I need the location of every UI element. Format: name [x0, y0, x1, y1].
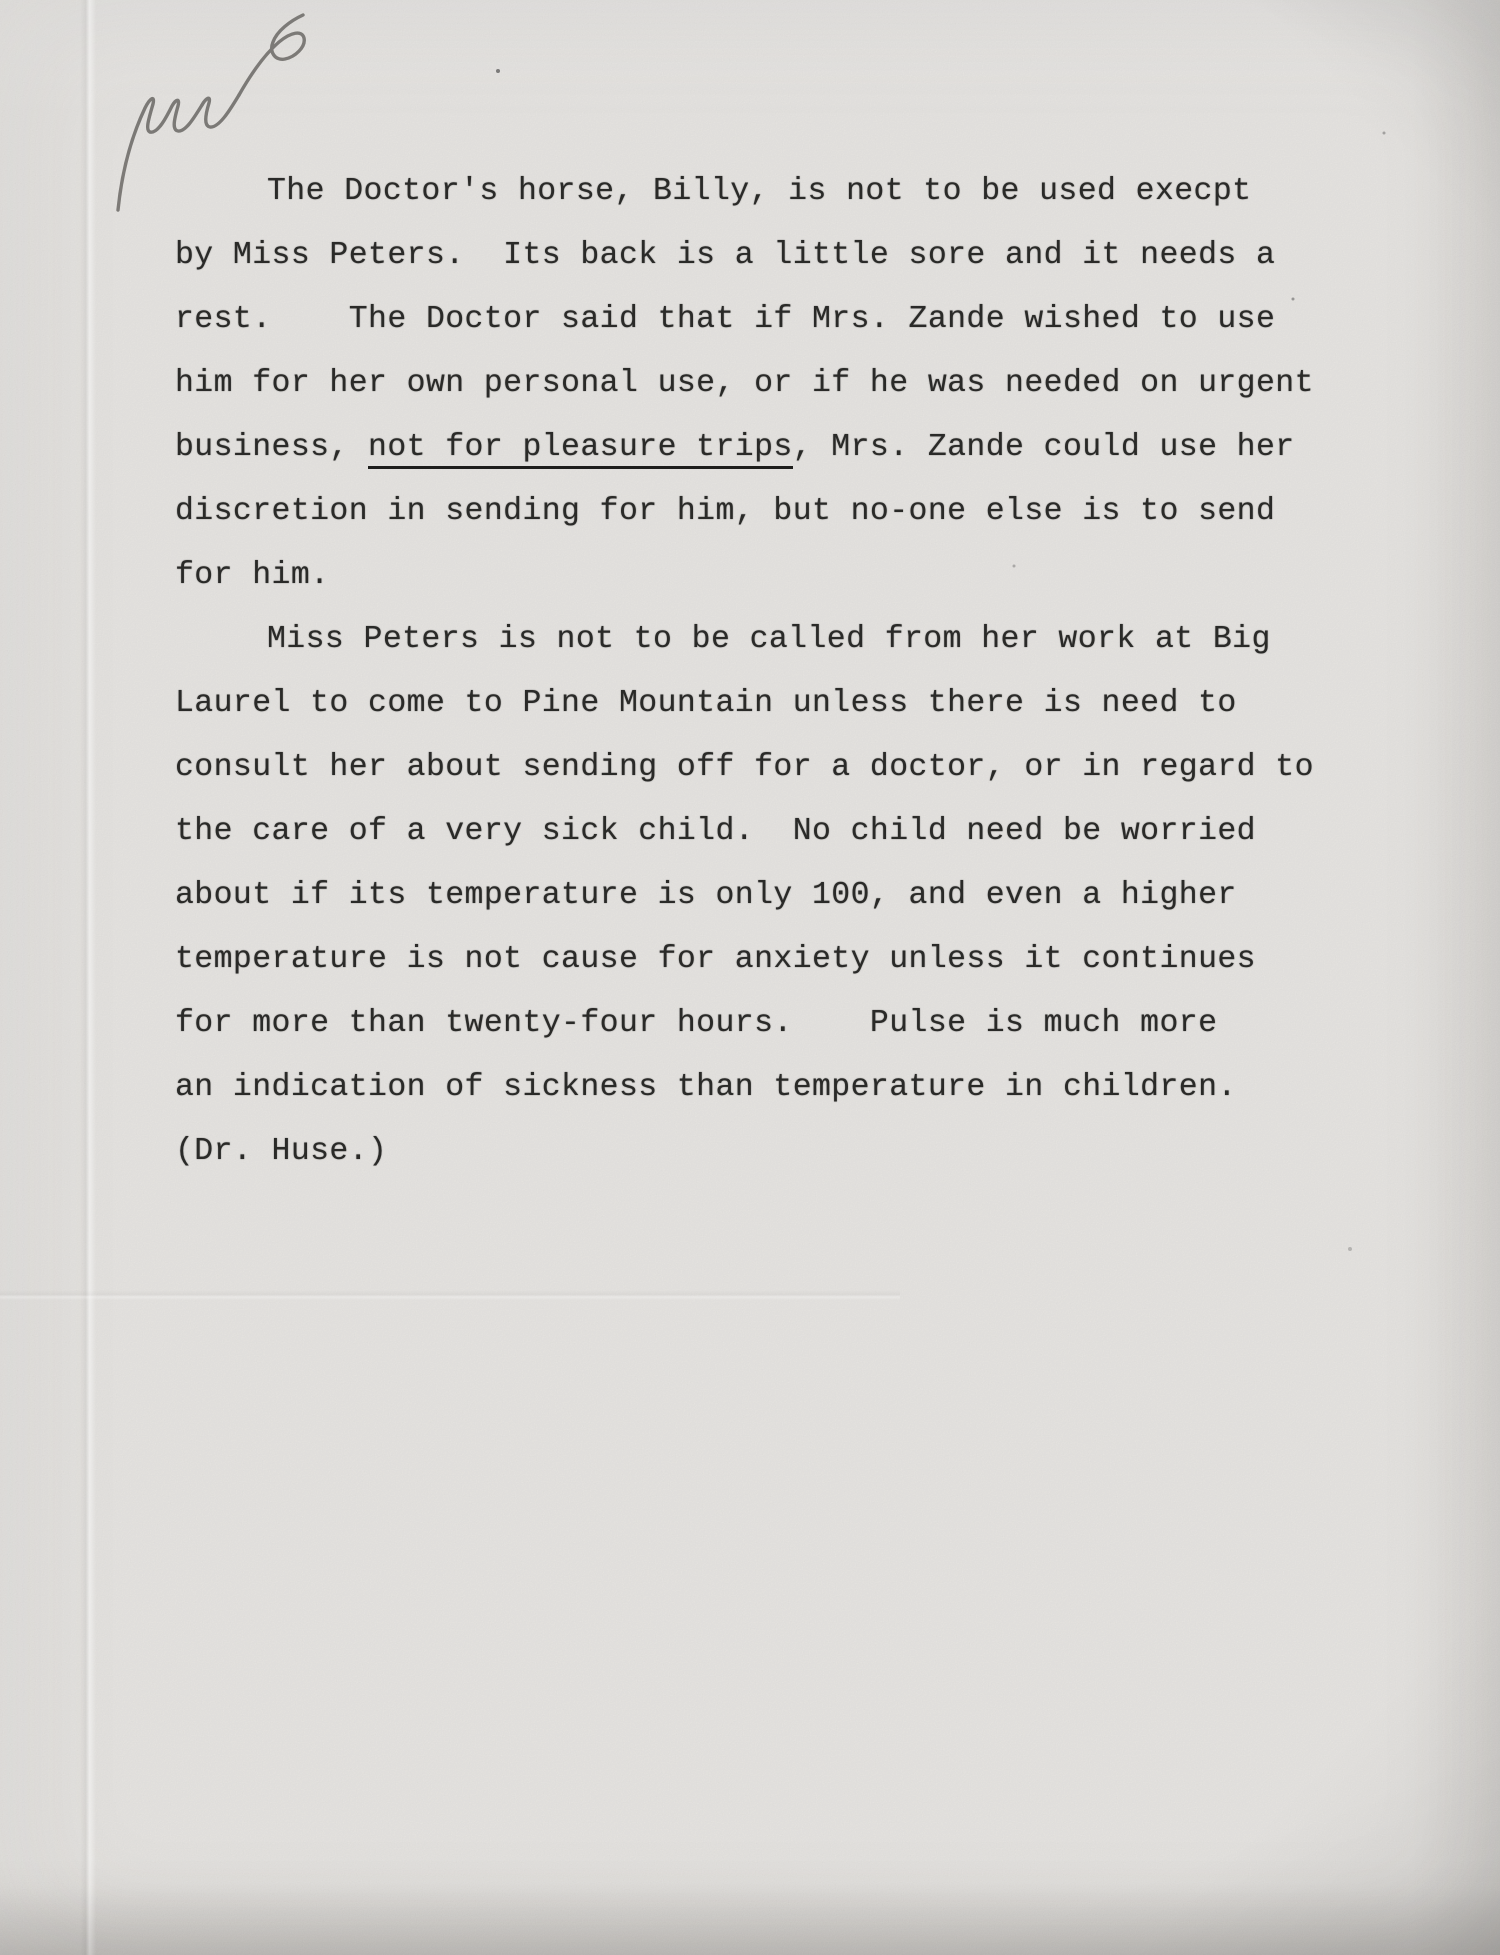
typed-text: discretion in sending for him, but no-on…: [175, 494, 1275, 529]
typed-text: Laurel to come to Pine Mountain unless t…: [175, 686, 1237, 721]
typed-line: by Miss Peters. Its back is a little sor…: [175, 224, 1395, 288]
typed-line: him for her own personal use, or if he w…: [175, 352, 1395, 416]
typed-text: temperature is not cause for anxiety unl…: [175, 942, 1256, 977]
typed-line: (Dr. Huse.): [175, 1120, 1395, 1184]
paper-wrinkle-bottom-right: [980, 1535, 1500, 1955]
typed-text: for more than twenty-four hours. Pulse i…: [175, 1006, 1217, 1041]
typed-line: for him.: [175, 544, 1395, 608]
typed-text: the care of a very sick child. No child …: [175, 814, 1256, 849]
typed-text: , Mrs. Zande could use her: [793, 430, 1295, 465]
typed-text: The Doctor's horse, Billy, is not to be …: [267, 174, 1251, 209]
typed-line: consult her about sending off for a doct…: [175, 736, 1395, 800]
scanned-document-page: The Doctor's horse, Billy, is not to be …: [0, 0, 1500, 1955]
typed-text: Miss Peters is not to be called from her…: [267, 622, 1271, 657]
typed-text: for him.: [175, 558, 329, 593]
typed-line: the care of a very sick child. No child …: [175, 800, 1395, 864]
paper-shadow-bottom: [0, 1885, 1500, 1955]
typed-text: him for her own personal use, or if he w…: [175, 366, 1314, 401]
typed-line: for more than twenty-four hours. Pulse i…: [175, 992, 1395, 1056]
typed-line: discretion in sending for him, but no-on…: [175, 480, 1395, 544]
typed-text: business,: [175, 430, 368, 465]
typed-line: an indication of sickness than temperatu…: [175, 1056, 1395, 1120]
typed-line: business, not for pleasure trips, Mrs. Z…: [175, 416, 1395, 480]
typed-text: by Miss Peters. Its back is a little sor…: [175, 238, 1275, 273]
typed-text: rest. The Doctor said that if Mrs. Zande…: [175, 302, 1275, 337]
typed-line: about if its temperature is only 100, an…: [175, 864, 1395, 928]
typed-text-block: The Doctor's horse, Billy, is not to be …: [175, 160, 1395, 1184]
typed-text: consult her about sending off for a doct…: [175, 750, 1314, 785]
paper-crease-left: [80, 0, 96, 1955]
typed-text: (Dr. Huse.): [175, 1134, 387, 1169]
underlined-phrase: not for pleasure trips: [368, 430, 793, 469]
paper-fold-middle: [0, 1290, 900, 1300]
typed-text: an indication of sickness than temperatu…: [175, 1070, 1237, 1105]
typed-line: Laurel to come to Pine Mountain unless t…: [175, 672, 1395, 736]
typed-text: about if its temperature is only 100, an…: [175, 878, 1237, 913]
typed-line: rest. The Doctor said that if Mrs. Zande…: [175, 288, 1395, 352]
typed-line: The Doctor's horse, Billy, is not to be …: [175, 160, 1395, 224]
typed-line: Miss Peters is not to be called from her…: [175, 608, 1395, 672]
typed-line: temperature is not cause for anxiety unl…: [175, 928, 1395, 992]
scan-specks: [0, 0, 2, 2]
